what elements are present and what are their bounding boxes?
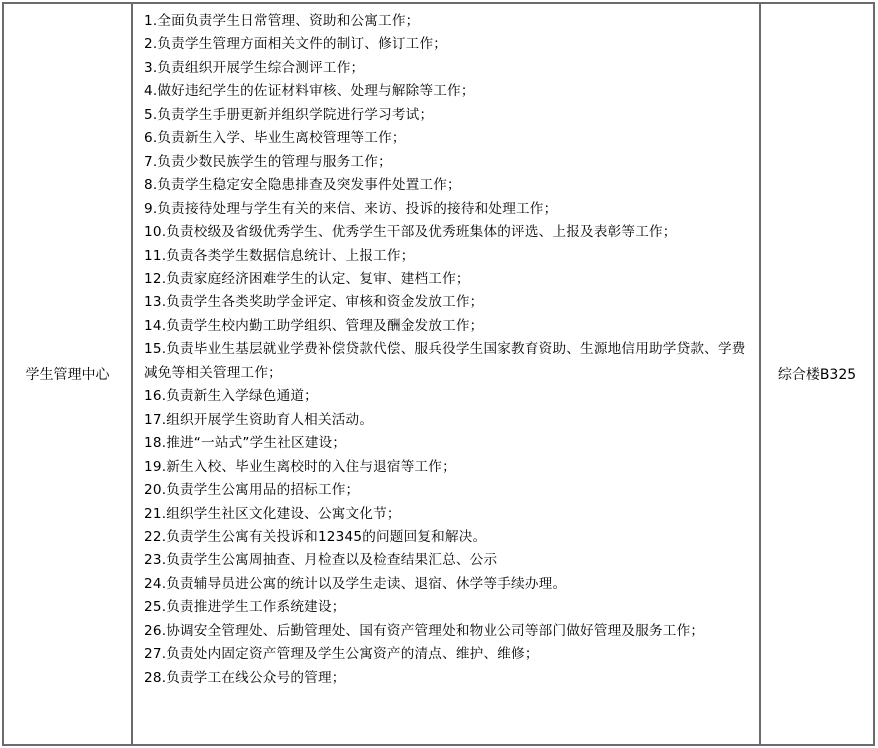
duty-item: 16.负责新生入学绿色通道； — [144, 385, 749, 408]
duty-item: 23.负责学生公寓周抽查、月检查以及检查结果汇总、公示 — [144, 549, 749, 572]
location-cell: 综合楼B325 — [761, 4, 873, 744]
duty-item: 10.负责校级及省级优秀学生、优秀学生干部及优秀班集体的评选、上报及表彰等工作； — [144, 221, 749, 244]
duty-item: 19.新生入校、毕业生离校时的入住与退宿等工作； — [144, 456, 749, 479]
duty-item: 27.负责处内固定资产管理及学生公寓资产的清点、维护、维修； — [144, 643, 749, 666]
duty-item: 5.负责学生手册更新并组织学院进行学习考试； — [144, 104, 749, 127]
duty-item: 22.负责学生公寓有关投诉和12345的问题回复和解决。 — [144, 526, 749, 549]
duty-item: 2.负责学生管理方面相关文件的制订、修订工作； — [144, 33, 749, 56]
duty-item: 18.推进“一站式”学生社区建设； — [144, 432, 749, 455]
duty-item: 17.组织开展学生资助育人相关活动。 — [144, 409, 749, 432]
location-name: 综合楼B325 — [778, 364, 856, 384]
duty-item: 6.负责新生入学、毕业生离校管理等工作； — [144, 127, 749, 150]
duty-item: 7.负责少数民族学生的管理与服务工作； — [144, 151, 749, 174]
duty-item: 28.负责学工在线公众号的管理； — [144, 667, 749, 690]
duty-item: 24.负责辅导员进公寓的统计以及学生走读、退宿、休学等手续办理。 — [144, 573, 749, 596]
duty-item: 25.负责推进学生工作系统建设； — [144, 596, 749, 619]
duty-item: 13.负责学生各类奖助学金评定、审核和资金发放工作； — [144, 291, 749, 314]
duties-cell: 1.全面负责学生日常管理、资助和公寓工作； 2.负责学生管理方面相关文件的制订、… — [133, 4, 761, 744]
duty-item: 3.负责组织开展学生综合测评工作； — [144, 57, 749, 80]
department-duties-table: 学生管理中心 1.全面负责学生日常管理、资助和公寓工作； 2.负责学生管理方面相… — [2, 2, 875, 746]
duty-item: 20.负责学生公寓用品的招标工作； — [144, 479, 749, 502]
duty-item: 12.负责家庭经济困难学生的认定、复审、建档工作； — [144, 268, 749, 291]
duty-item: 21.组织学生社区文化建设、公寓文化节； — [144, 503, 749, 526]
duty-item: 8.负责学生稳定安全隐患排查及突发事件处置工作； — [144, 174, 749, 197]
department-name: 学生管理中心 — [26, 364, 110, 384]
duty-item: 4.做好违纪学生的佐证材料审核、处理与解除等工作； — [144, 80, 749, 103]
department-cell: 学生管理中心 — [4, 4, 133, 744]
duty-item: 26.协调安全管理处、后勤管理处、国有资产管理处和物业公司等部门做好管理及服务工… — [144, 620, 749, 643]
duty-item: 11.负责各类学生数据信息统计、上报工作； — [144, 245, 749, 268]
duty-item: 1.全面负责学生日常管理、资助和公寓工作； — [144, 10, 749, 33]
duty-item: 15.负责毕业生基层就业学费补偿贷款代偿、服兵役学生国家教育资助、生源地信用助学… — [144, 338, 749, 385]
duty-item: 9.负责接待处理与学生有关的来信、来访、投诉的接待和处理工作； — [144, 198, 749, 221]
duty-item: 14.负责学生校内勤工助学组织、管理及酬金发放工作； — [144, 315, 749, 338]
